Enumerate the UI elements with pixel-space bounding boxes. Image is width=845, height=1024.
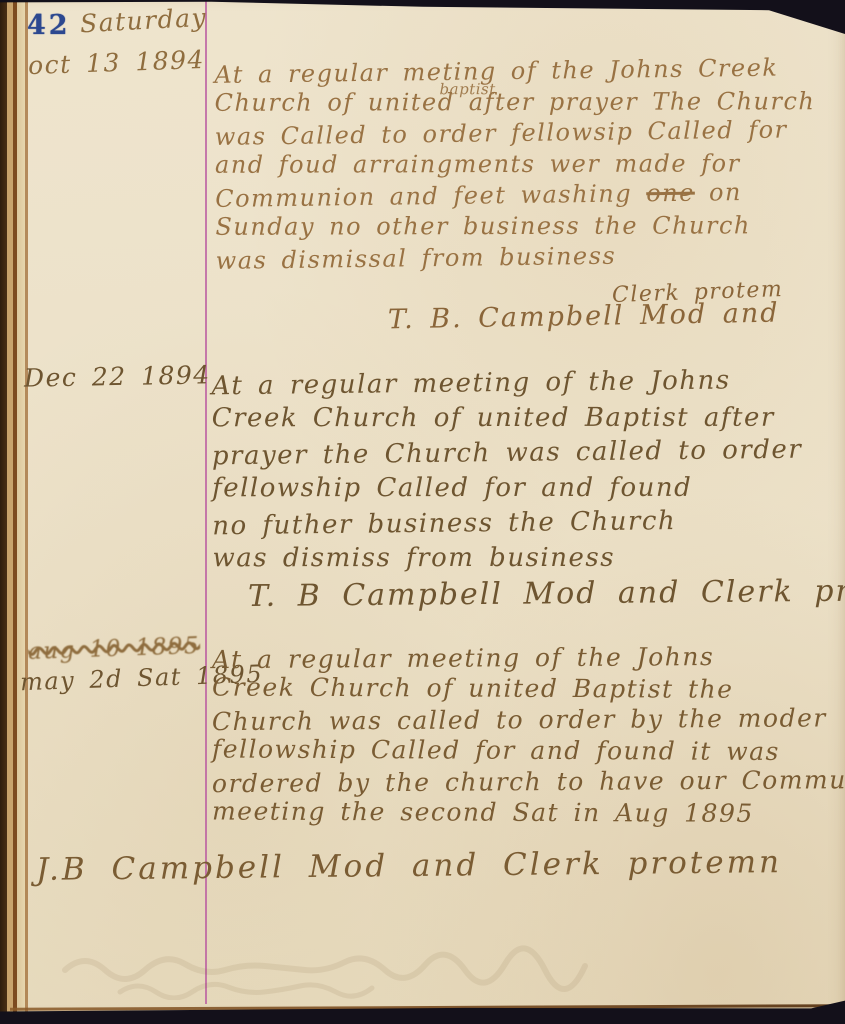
- entry-line: no futher business the Church: [212, 503, 803, 545]
- entry-line: fellowship Called for and found it was: [212, 733, 845, 767]
- bleed-through-marks: [60, 930, 760, 1000]
- entry-date-struck-out: aug 10 1895: [28, 633, 201, 665]
- entry-line: ordered by the church to have our Commun…: [212, 764, 845, 799]
- entry-line: Creek Church of united Baptist the: [212, 671, 845, 705]
- entry-line: At a regular meting of the Johns Creek: [214, 52, 815, 91]
- record-entry-3: At a regular meeting of the Johns Creek …: [212, 642, 845, 828]
- entry-line: was Called to order fellowsip Called for: [215, 114, 816, 153]
- entry-date-oct: oct 13 1894: [28, 45, 206, 80]
- entry-text: after prayer The Church: [469, 87, 816, 116]
- entry-line: At a regular meeting of the Johns: [211, 363, 802, 405]
- entry-text: Church of united: [215, 88, 469, 117]
- entry-line: Church of united baptistafter prayer The…: [215, 86, 816, 119]
- entry-text: on: [695, 178, 742, 207]
- strikethrough-word: one: [646, 179, 695, 208]
- ledger-page: 42 Saturday oct 13 1894 Dec 22 1894 aug …: [0, 0, 845, 1024]
- binding-strip: [25, 0, 28, 1024]
- entry-date-dec: Dec 22 1894: [24, 360, 211, 392]
- interlinear-insertion: baptist: [439, 74, 495, 105]
- book-binding: [0, 0, 30, 1024]
- binding-strip: [0, 0, 7, 1024]
- page-number-stamp: 42: [27, 10, 71, 41]
- entry-line: Communion and feet washing one on: [215, 176, 816, 215]
- entry-line: fellowship Called for and found: [212, 471, 802, 507]
- entry-line: Sunday no other business the Church: [215, 210, 816, 243]
- entry-line: meeting the second Sat in Aug 1895: [212, 795, 845, 829]
- entry-line: Creek Church of united Baptist after: [212, 401, 802, 437]
- entry-line: was dismiss from business: [212, 541, 802, 577]
- signature-line-3: J.B Campbell Mod and Clerk protemn: [36, 844, 782, 888]
- entry-line: was dismissal from business: [215, 238, 816, 277]
- entry-line: Church was called to order by the modera…: [212, 702, 845, 737]
- entry-line: At a regular meeting of the Johns: [212, 640, 845, 675]
- signature-line-2: T. B Campbell Mod and Clerk protem: [248, 573, 845, 614]
- entry-line: and foud arraingments wer made for: [215, 148, 816, 181]
- scanned-ledger-photo: 42 Saturday oct 13 1894 Dec 22 1894 aug …: [0, 0, 845, 1024]
- signature-line-1: T. B. Campbell Mod and: [388, 298, 780, 336]
- day-header: Saturday: [79, 3, 208, 39]
- entry-text: Church was called to order by the moder: [212, 703, 827, 736]
- record-entry-2: At a regular meeting of the Johns Creek …: [211, 364, 802, 577]
- record-entry-1: At a regular meting of the Johns Creek C…: [214, 54, 816, 275]
- entry-text: Communion and feet washing: [215, 179, 646, 213]
- binding-strip: [17, 0, 25, 1024]
- entry-line: prayer the Church was called to order: [212, 433, 803, 475]
